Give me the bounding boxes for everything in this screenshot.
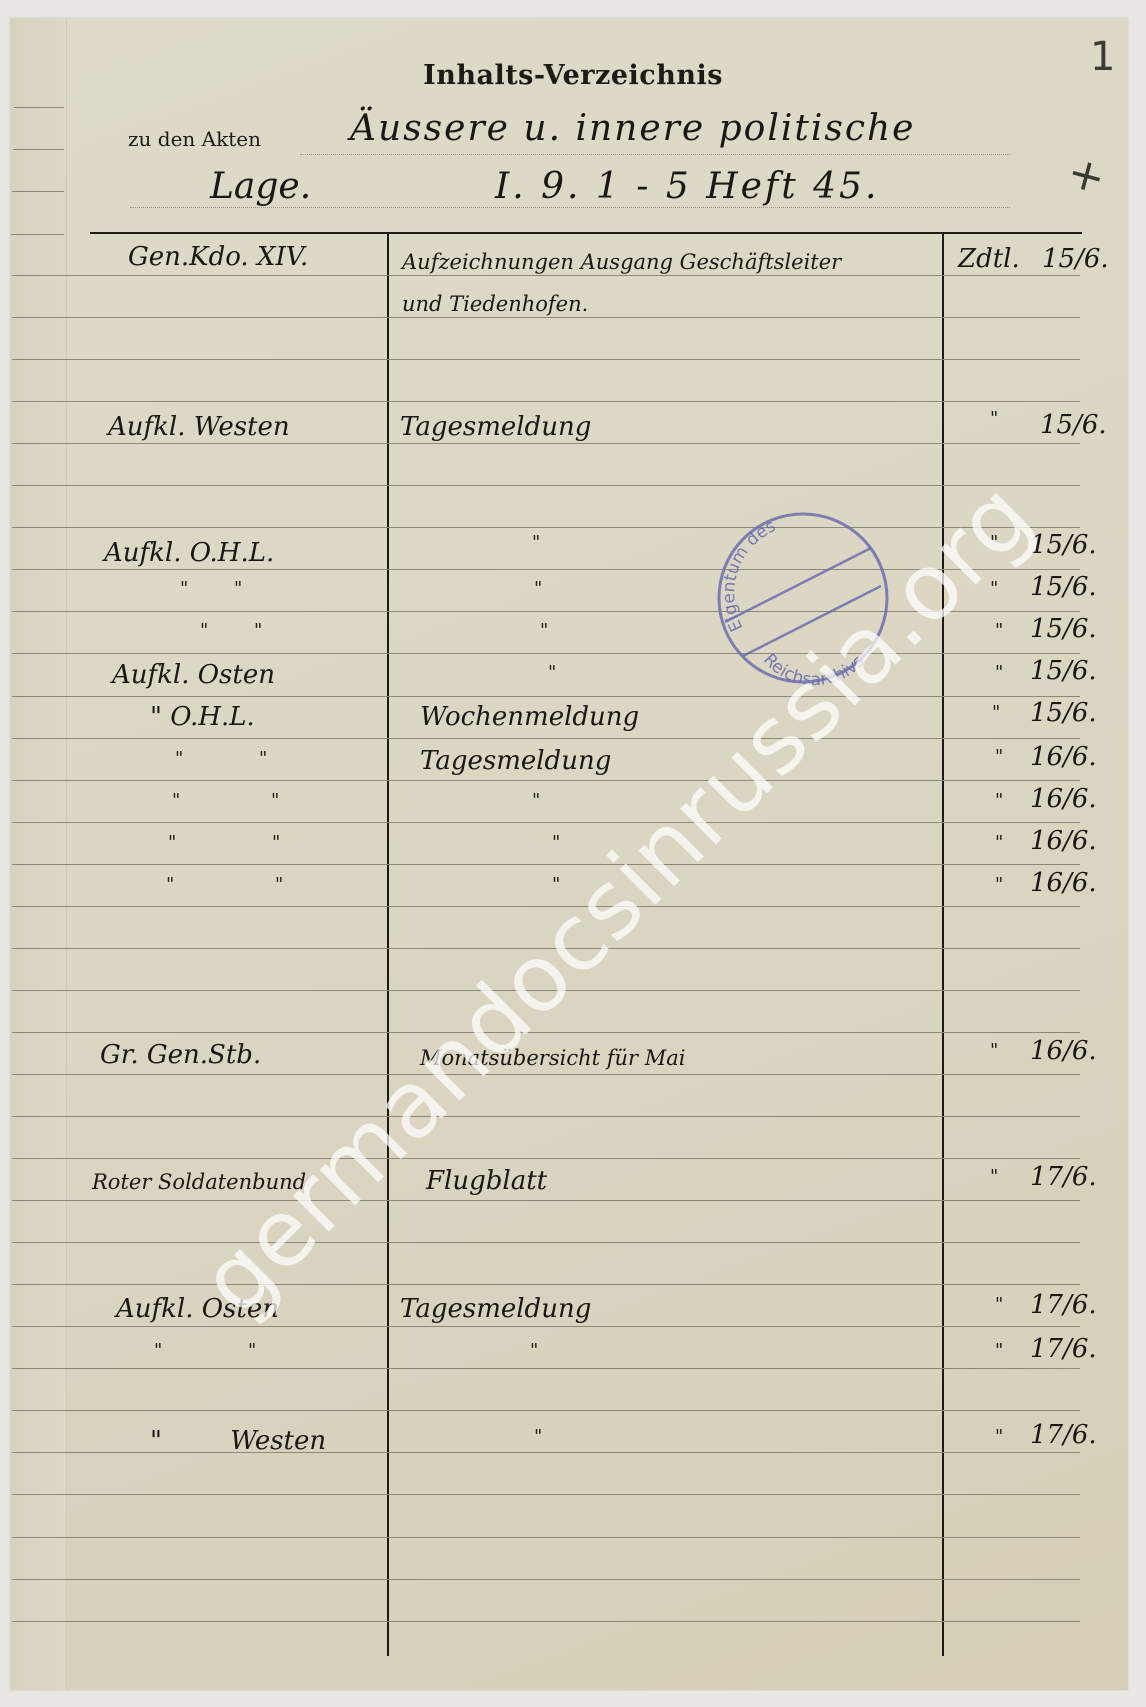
ruled-line [12,990,1080,991]
cell-date: 17/6. [1030,1334,1097,1364]
cell-date-prefix: " [995,1294,1003,1315]
ruled-line [12,527,1080,528]
table-top-rule [90,232,1082,234]
margin-rule [12,191,64,192]
ruled-line [12,1200,1080,1201]
ruled-line [12,569,1080,570]
cell-sender: Gen.Kdo. XIV. [128,242,308,272]
cell-content: " [530,1340,538,1361]
binding-margin [10,18,67,1690]
cell-date-prefix: " [995,1340,1003,1361]
ruled-line [12,1116,1080,1117]
cell-sender: Aufkl. Westen [108,412,290,442]
ruled-line [12,864,1080,865]
ruled-line [12,1494,1080,1495]
file-title-line1: Äussere u. innere politische [350,108,915,149]
ruled-line [12,359,1080,360]
cell-date: 15/6. [1030,698,1097,728]
cell-date: 16/6. [1030,1036,1097,1066]
cell-content: " [548,662,556,683]
cell-content: " [552,874,560,895]
cell-content: " [532,532,540,553]
cell-sender: " " [166,874,283,895]
ruled-line [12,780,1080,781]
file-reference: I. 9. 1 - 5 Heft 45. [495,166,879,207]
cell-sender: Roter Soldatenbund [92,1170,306,1194]
cell-content: Tagesmeldung [400,412,591,442]
cell-content: " [552,832,560,853]
ruled-line [12,1368,1080,1369]
cell-sender: Aufkl. O.H.L. [104,538,274,568]
cell-sender: " " [200,620,262,641]
stamp-text-bottom: Reichsarchivs [759,650,868,686]
cell-date-prefix: " [995,662,1003,683]
printed-label: zu den Akten [128,127,261,151]
cell-content: Flugblatt [426,1166,547,1196]
cell-sender: " " [180,578,242,599]
cell-date: 15/6. [1042,244,1109,274]
cell-date: 16/6. [1030,784,1097,814]
cell-content: Tagesmeldung [400,1294,591,1324]
ruled-line [12,696,1080,697]
margin-rule [14,107,64,108]
ruled-line [12,1284,1080,1285]
cell-date: 15/6. [1030,614,1097,644]
ruled-line [12,1242,1080,1243]
cell-date-prefix: " [995,746,1003,767]
cell-content: Tagesmeldung [420,746,611,776]
cell-sender: " Westen [150,1426,326,1456]
ruled-line [12,948,1080,949]
cell-date: 16/6. [1030,742,1097,772]
cell-date-prefix: Zdtl. [958,244,1020,274]
cell-sender: " " [154,1340,256,1361]
ruled-line [12,1410,1080,1411]
page-number: 1 [1090,34,1115,80]
cell-date-prefix: " [992,702,1000,723]
margin-rule [11,234,64,235]
file-title-line2: Lage. [210,166,311,207]
ruled-line [12,653,1080,654]
margin-rule [13,149,64,150]
cell-content: " [532,790,540,811]
cell-date-prefix: " [990,1040,998,1061]
ruled-line [12,1621,1080,1622]
cell-content: " [534,1426,542,1447]
stamp-text-top: Eigentum des [719,516,779,634]
ruled-line [12,1579,1080,1580]
cell-sender: " " [168,832,280,853]
cell-date: 15/6. [1030,572,1097,602]
cell-date: 17/6. [1030,1420,1097,1450]
cell-content: Monatsübersicht für Mai [420,1046,685,1070]
printed-title: Inhalts-Verzeichnis [0,60,1146,91]
cell-sender: Aufkl. Osten [116,1294,279,1324]
cell-date: 15/6. [1040,410,1107,440]
ruled-line [12,1158,1080,1159]
cell-date: 15/6. [1030,530,1097,560]
ruled-line [12,1326,1080,1327]
cell-date: 16/6. [1030,826,1097,856]
cell-sender: " " [175,748,267,769]
cell-date-prefix: " [990,578,998,599]
dotted-rule [300,154,1010,155]
cell-date: 15/6. [1030,656,1097,686]
cell-content: Aufzeichnungen Ausgang Geschäftsleiter [402,250,841,274]
ruled-line [12,1074,1080,1075]
reichsarchiv-stamp: Eigentum des Reichsarchivs [715,510,891,686]
cell-date: 16/6. [1030,868,1097,898]
ruled-line [12,1032,1080,1033]
column-divider-2 [942,234,944,1656]
cell-date-prefix: " [995,1426,1003,1447]
cell-sender: " O.H.L. [150,702,255,732]
cell-date-prefix: " [990,532,998,553]
ruled-line [12,275,1080,276]
ruled-line [12,443,1080,444]
svg-text:Reichsarchivs: Reichsarchivs [759,650,868,686]
ruled-line [12,906,1080,907]
cell-date-prefix: " [990,1166,998,1187]
dotted-rule [130,207,1010,208]
ruled-line [12,1537,1080,1538]
cell-content: und Tiedenhofen. [402,292,588,316]
ruled-line [12,611,1080,612]
cell-date-prefix: " [995,874,1003,895]
cell-date: 17/6. [1030,1290,1097,1320]
cell-date-prefix: " [990,408,998,429]
cell-date-prefix: " [995,832,1003,853]
ruled-line [12,822,1080,823]
ruled-line [12,738,1080,739]
ruled-line [12,317,1080,318]
cell-date-prefix: " [995,790,1003,811]
ruled-line [12,401,1080,402]
ruled-line [12,485,1080,486]
cell-content: " [540,620,548,641]
cell-sender: " " [172,790,279,811]
cell-date: 17/6. [1030,1162,1097,1192]
svg-text:Eigentum des: Eigentum des [719,516,779,634]
column-divider-1 [387,234,389,1656]
cell-date-prefix: " [995,620,1003,641]
cell-sender: Aufkl. Osten [112,660,275,690]
cell-content: Wochenmeldung [420,702,639,732]
cell-sender: Gr. Gen.Stb. [100,1040,261,1070]
cell-content: " [534,578,542,599]
